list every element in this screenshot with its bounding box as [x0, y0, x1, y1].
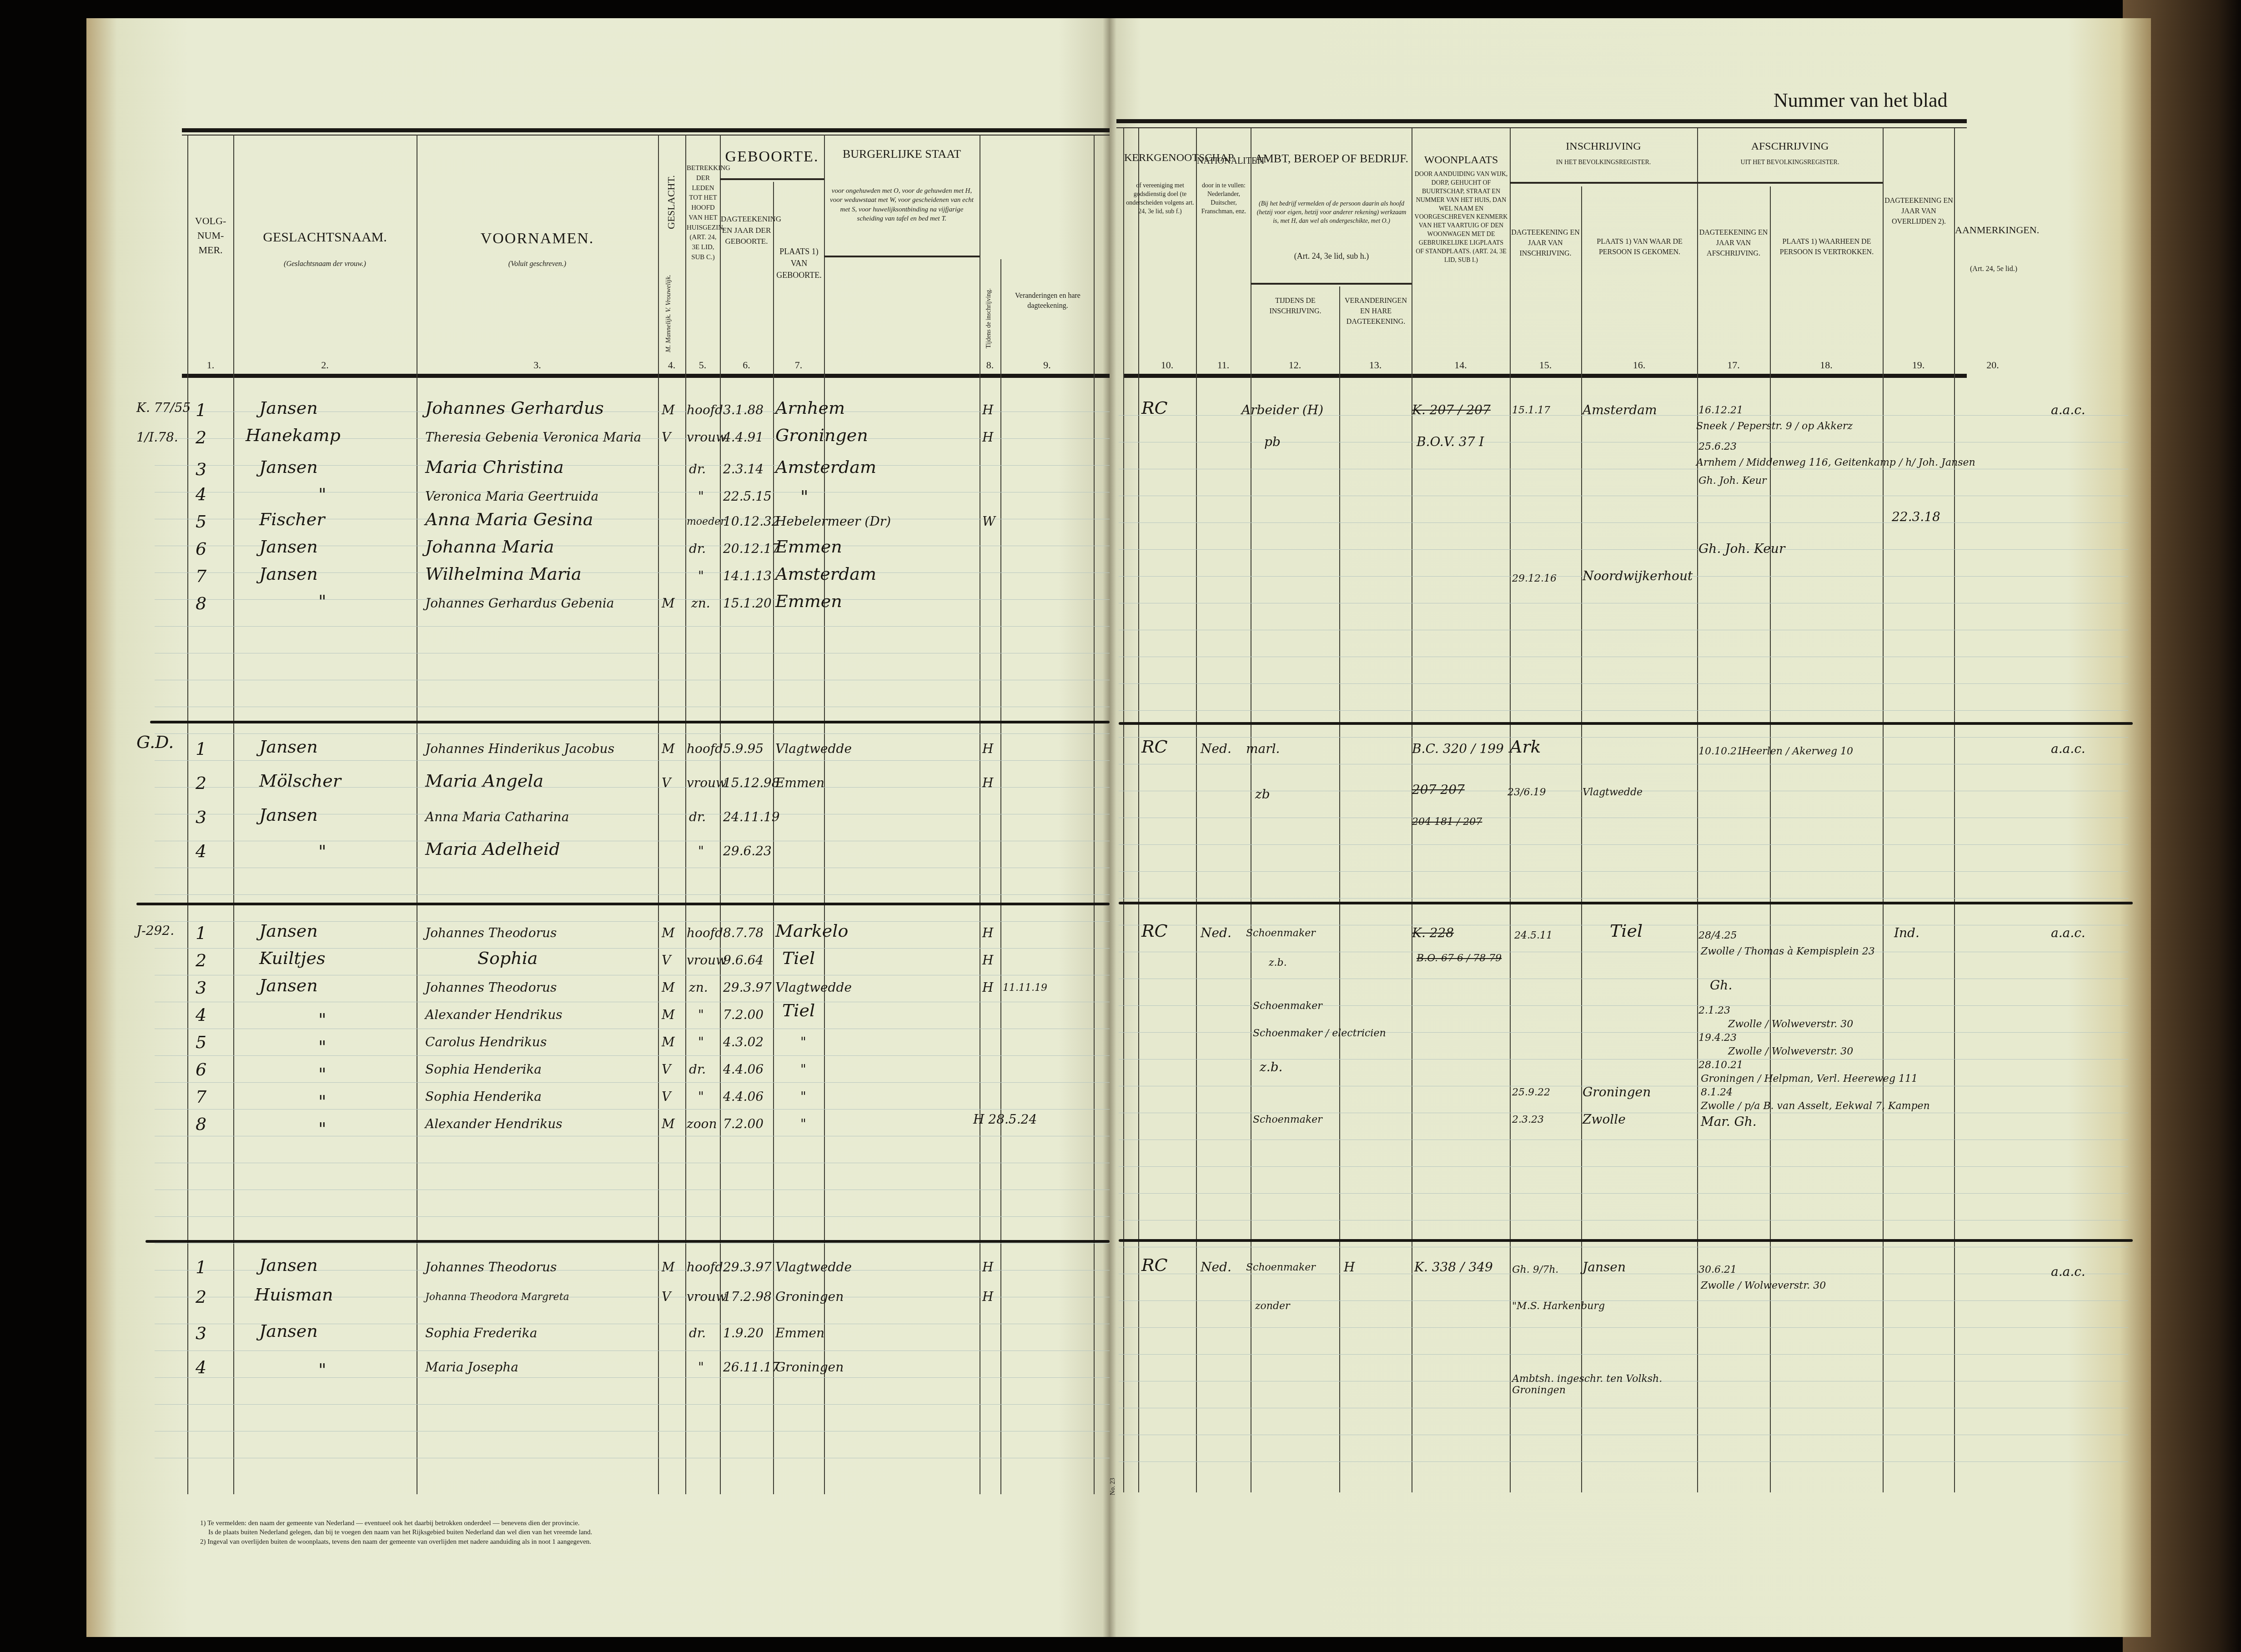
col-line — [1883, 128, 1884, 1492]
row-deregistration-date: 19.4.23 — [1698, 1032, 1737, 1044]
row-given-names: Johannes Gerhardus Gebenia — [425, 596, 614, 611]
row-civil-status: H — [982, 775, 993, 790]
row-civil-status: H — [982, 1260, 993, 1275]
row-birth-place: Tiel — [782, 948, 815, 968]
header-aanmerkingen: Aanmerkingen. — [1955, 223, 2032, 237]
row-destination: Zwolle / Wolweverstr. 30 — [1728, 1019, 1853, 1030]
row-surname: " — [318, 1091, 326, 1111]
row-relation: vrouw — [687, 953, 727, 968]
row-civil-status: H — [982, 925, 993, 940]
ruled-line — [1119, 710, 2128, 711]
row-address: B.C. 320 / 199 — [1412, 741, 1504, 756]
row-birth-date: 20.12.17 — [723, 541, 780, 556]
ruled-line — [1119, 1140, 2128, 1140]
row-occupation: Arbeider (H) — [1241, 402, 1323, 417]
row-surname: " — [318, 841, 326, 861]
row-relation: moeder — [687, 516, 725, 527]
row-birth-date: 17.2.98 — [723, 1289, 772, 1304]
row-from-place: Noordwijkerhout — [1583, 568, 1693, 583]
row-deregistration-date: 10.10.21 — [1698, 746, 1743, 757]
row-sex: M — [662, 1116, 675, 1131]
colnum-8: 8. — [980, 359, 1000, 371]
row-birth-place: " — [800, 1089, 806, 1104]
ruled-line — [155, 1029, 1110, 1029]
row-sex: M — [662, 1007, 675, 1022]
header-inschrijving-group: Inschrijving — [1510, 139, 1697, 155]
row-deregistration-date: 28.10.21 — [1698, 1059, 1743, 1071]
row-religion: RC — [1141, 1255, 1168, 1275]
header-geslachtsnaam-sub: (Geslachtsnaam der vrouw.) — [233, 259, 417, 269]
row-surname: Jansen — [259, 975, 318, 995]
ruled-line — [1119, 1193, 2128, 1194]
row-birth-date: 15.1.20 — [723, 596, 772, 611]
row-sex: M — [662, 1260, 675, 1275]
ruled-line — [155, 1082, 1110, 1083]
row-destination: Zwolle / Wolweverstr. 30 — [1701, 1280, 1826, 1291]
row-surname: Mölscher — [259, 771, 341, 791]
household-separator — [146, 1240, 1110, 1243]
row-birth-place: Vlagtwedde — [775, 1260, 852, 1275]
header-geboorte-group: Geboorte. — [720, 146, 824, 168]
row-given-names: Alexander Hendrikus — [425, 1116, 563, 1131]
row-relation: " — [698, 844, 704, 859]
row-birth-place: Tiel — [782, 1000, 815, 1020]
row-registration-date: 15.1.17 — [1512, 405, 1550, 416]
row-birth-date: 3.1.88 — [723, 402, 764, 417]
colnum-14: 14. — [1412, 359, 1510, 371]
row-nr: 3 — [196, 1323, 206, 1343]
header-tijdens-inschrijving: Tijdens de inschrijving. — [985, 282, 994, 355]
header-voornamen-sub: (Voluit geschreven.) — [417, 259, 658, 269]
header-betrekking: Betrekking der leden tot het hoofd van h… — [687, 164, 719, 263]
row-nr: 4 — [196, 841, 206, 861]
ruled-line — [1119, 496, 2128, 496]
row-given-names: Sophia Frederika — [425, 1326, 537, 1341]
row-surname: Huisman — [255, 1285, 333, 1305]
row-nr: 7 — [196, 1087, 206, 1107]
header-top-rule-right — [1116, 119, 1967, 123]
ruled-line — [155, 1163, 1110, 1163]
row-birth-date: 2.3.14 — [723, 462, 764, 477]
row-birth-place: Emmen — [775, 591, 842, 611]
ruled-line — [1119, 1327, 2128, 1328]
household-separator — [1119, 722, 2133, 725]
household-3-margin-ref: J-292. — [136, 923, 174, 938]
row-sex: M — [662, 1034, 675, 1049]
row-birth-place: Vlagtwedde — [775, 980, 852, 995]
row-sex: M — [662, 925, 675, 940]
row-birth-date: 29.3.97 — [723, 980, 772, 995]
row-remarks: a.a.c. — [2051, 402, 2085, 417]
ruled-line — [1119, 522, 2128, 523]
row-birth-date: 4.3.02 — [723, 1034, 764, 1049]
row-birth-date: 9.6.64 — [723, 953, 764, 968]
row-birth-date: 29.6.23 — [723, 844, 772, 859]
row-religion: RC — [1141, 921, 1168, 941]
ruled-line — [155, 1377, 1110, 1378]
row-relation: vrouw — [687, 1289, 727, 1304]
ruled-line — [155, 1458, 1110, 1458]
inschrijving-subrule — [1510, 182, 1697, 184]
row-destination: Heerlen / Akerweg 10 — [1742, 746, 1853, 757]
colnum-4: 4. — [658, 359, 685, 371]
row-surname: Kuiltjes — [259, 948, 325, 968]
ruled-line — [1119, 469, 2128, 469]
row-birth-place: Hebelermeer (Dr) — [775, 514, 891, 529]
row-deregistration-date: 25.6.23 — [1698, 441, 1737, 452]
ruled-line — [1119, 871, 2128, 872]
colnum-16: 16. — [1581, 359, 1697, 371]
row-destination: Zwolle / p/a B. van Asselt, Eekwal 7, Ka… — [1701, 1100, 1930, 1112]
row-nr: 1 — [196, 923, 206, 943]
household-1-margin-ref: K. 77/55 — [136, 400, 191, 415]
ruled-line — [1119, 764, 2128, 764]
colnum-2: 2. — [233, 359, 417, 371]
header-bottom-rule-left — [182, 374, 1110, 378]
row-nr: 2 — [196, 950, 206, 970]
row-sex: M — [662, 402, 675, 417]
header-ambt-note: (Bij het bedrijf vermelden of de persoon… — [1255, 200, 1408, 226]
colnum-13: 13. — [1339, 359, 1412, 371]
row-birth-date: 4.4.91 — [723, 430, 764, 445]
row-sex: V — [662, 430, 671, 445]
row-relation: dr. — [689, 462, 706, 477]
row-relation: zoon — [687, 1116, 717, 1131]
row-nr: 3 — [196, 978, 206, 998]
colnum-12: 12. — [1251, 359, 1339, 371]
row-relation: zn. — [691, 596, 710, 611]
ruled-line — [155, 1109, 1110, 1110]
ruled-line — [1119, 737, 2128, 738]
row-registration-date: 23/6.19 — [1507, 787, 1546, 798]
ruled-line — [1119, 1408, 2128, 1408]
book-gutter — [1103, 18, 1116, 1637]
colnum-3: 3. — [417, 359, 658, 371]
header-ambt-veranderingen: Veranderingen en hare dagteekening. — [1340, 296, 1412, 327]
row-civil-change: H 28.5.24 — [973, 1112, 1037, 1127]
ruled-line — [1119, 844, 2128, 845]
row-deregistration-date: 8.1.24 — [1701, 1087, 1733, 1098]
row-nr: 7 — [196, 566, 206, 586]
row-given-names: Maria Christina — [425, 457, 564, 477]
row-birth-place: " — [800, 1062, 806, 1077]
row-birth-date: 4.4.06 — [723, 1089, 764, 1104]
row-relation: " — [698, 1034, 704, 1049]
row-birth-date: 22.5.15 — [723, 489, 772, 504]
header-woonplaats-sub: door aanduiding van wijk, dorp, gehucht … — [1414, 171, 1508, 265]
ruled-line — [1119, 1435, 2128, 1435]
afschrijving-subrule — [1697, 182, 1883, 184]
row-address: K. 207 / 207 — [1412, 402, 1491, 417]
row-given-names: Sophia — [477, 948, 538, 968]
row-sex: V — [662, 953, 671, 968]
row-relation: zn. — [689, 980, 708, 995]
header-geboorte-plaats: Plaats 1) van geboorte. — [774, 246, 824, 281]
row-from-place: Jansen — [1583, 1260, 1626, 1275]
ruled-line — [1119, 898, 2128, 899]
row-given-names: Anna Maria Gesina — [425, 509, 593, 529]
ruled-line — [1119, 952, 2128, 952]
footnote-1-continued: Is de plaats buiten Nederland gelegen, d… — [200, 1528, 592, 1537]
footnotes: 1) Te vermelden: den naam der gemeente v… — [200, 1519, 592, 1547]
row-given-names: Sophia Henderika — [425, 1062, 542, 1077]
household-separator — [136, 903, 1110, 905]
row-destination: Mar. Gh. — [1701, 1114, 1757, 1129]
row-destination: Zwolle / Wolweverstr. 30 — [1728, 1046, 1853, 1057]
colnum-10: 10. — [1138, 359, 1196, 371]
row-remarks: a.a.c. — [2051, 925, 2085, 940]
row-given-names: Johanna Theodora Margreta — [425, 1291, 569, 1303]
row-birth-date: 1.9.20 — [723, 1326, 764, 1341]
row-relation: dr. — [689, 809, 706, 824]
row-death-date: 22.3.18 — [1892, 509, 1940, 524]
row-birth-date: 7.2.00 — [723, 1007, 764, 1022]
colnum-7: 7. — [773, 359, 824, 371]
ruled-line — [155, 1404, 1110, 1405]
row-religion: RC — [1141, 737, 1168, 757]
row-civil-status: H — [982, 741, 993, 756]
row-relation: hoofd — [687, 741, 723, 756]
ruled-line — [155, 680, 1110, 680]
ruled-line — [155, 492, 1110, 492]
row-birth-place: Emmen — [775, 537, 842, 557]
col-line — [1412, 128, 1412, 1492]
row-address: K. 228 — [1412, 925, 1454, 940]
colnum-9: 9. — [1000, 359, 1094, 371]
row-sex: M — [662, 741, 675, 756]
row-surname: Jansen — [259, 457, 318, 477]
household-2-margin-ref: G.D. — [136, 732, 174, 752]
header-ambt-tijdens: Tijdens de inschrijving. — [1251, 296, 1339, 316]
row-relation: " — [698, 1360, 704, 1375]
row-birth-date: 8.7.78 — [723, 925, 764, 940]
row-surname: Jansen — [259, 1255, 318, 1275]
col-line — [187, 135, 188, 1494]
row-relation: hoofd — [687, 1260, 723, 1275]
header-inschrijving-plaats: Plaats 1) van waar de persoon is gekomen… — [1582, 236, 1697, 257]
colnum-5: 5. — [685, 359, 720, 371]
row-given-names: Veronica Maria Geertruida — [425, 489, 598, 504]
row-remarks: a.a.c. — [2051, 1264, 2085, 1279]
household-separator — [150, 721, 1110, 723]
header-volgnummer: Volg-num-mer. — [188, 214, 233, 257]
row-civil-status: H — [982, 402, 993, 417]
row-civil-status: W — [982, 514, 995, 529]
row-nr: 1 — [196, 1257, 206, 1277]
row-from-place: Zwolle — [1583, 1112, 1626, 1127]
row-relation: dr. — [689, 1062, 706, 1077]
ruled-line — [155, 707, 1110, 707]
row-birth-place: Arnhem — [775, 398, 845, 418]
row-birth-date: 4.4.06 — [723, 1062, 764, 1077]
row-nationality: Ned. — [1201, 741, 1231, 756]
row-given-names: Wilhelmina Maria — [425, 564, 582, 584]
row-given-names: Johannes Theodorus — [425, 980, 557, 995]
row-remarks: a.a.c. — [2051, 741, 2085, 756]
geboorte-subrule — [720, 178, 824, 180]
row-surname: " — [318, 1064, 326, 1084]
ruled-line — [155, 1002, 1110, 1002]
header-woonplaats: Woonplaats — [1412, 152, 1510, 168]
row-birth-place: Groningen — [775, 1289, 844, 1304]
row-destination: Gh. Joh. Keur — [1698, 541, 1785, 556]
header-kerkgenootschap-sub: of vereeniging met godsdienstig doel (te… — [1125, 182, 1195, 216]
row-occupation: Schoenmaker — [1246, 1262, 1316, 1273]
ruled-line — [1119, 630, 2128, 630]
col-line — [417, 135, 417, 1494]
ruled-line — [1119, 979, 2128, 979]
ruled-line — [1119, 683, 2128, 684]
row-given-names: Johannes Theodorus — [425, 1260, 557, 1275]
row-birth-date: 15.12.98 — [723, 775, 780, 790]
header-ambt-art: (Art. 24, 3e lid, sub h.) — [1251, 250, 1412, 262]
row-destination: Arnhem / Middenweg 116, Geitenkamp / h/ … — [1696, 457, 1975, 468]
ruled-line — [155, 868, 1110, 868]
row-from-place: Groningen — [1583, 1085, 1651, 1100]
ruled-line — [1119, 1166, 2128, 1167]
header-burgerlijke-staat: Burgerlijke Staat — [824, 146, 980, 163]
row-relation: " — [698, 489, 704, 504]
row-surname: Jansen — [259, 398, 318, 418]
row-birth-place: Vlagtwedde — [775, 741, 852, 756]
row-sex: V — [662, 1289, 671, 1304]
ruled-line — [155, 1351, 1110, 1351]
row-relation: " — [698, 1089, 704, 1104]
row-given-names: Maria Angela — [425, 771, 543, 791]
row-from-place: Tiel — [1610, 921, 1643, 941]
row-nr: 6 — [196, 539, 206, 559]
header-afschrijving-group: Afschrijving — [1697, 139, 1883, 155]
row-occupation: zonder — [1255, 1301, 1290, 1312]
row-relation: hoofd — [687, 402, 723, 417]
row-occupation-change: H — [1344, 1260, 1355, 1275]
row-relation: vrouw — [687, 775, 727, 790]
sheet-number-label: Nummer van het blad — [1774, 89, 1947, 112]
row-surname: " — [318, 484, 326, 504]
row-nr: 4 — [196, 1357, 206, 1377]
row-occupation: zb — [1255, 787, 1270, 802]
col-line — [1251, 128, 1251, 1492]
row-occupation: z.b. — [1260, 1059, 1282, 1075]
row-civil-status: H — [982, 430, 993, 445]
row-birth-place: " — [800, 1116, 806, 1131]
col-line — [1123, 128, 1124, 1492]
row-given-names: Maria Adelheid — [425, 839, 560, 859]
ruled-line — [155, 1136, 1110, 1136]
row-given-names: Alexander Hendrikus — [425, 1007, 563, 1022]
header-aanmerkingen-sub: (Art. 24, 5e lid.) — [1955, 264, 2032, 274]
row-death-date: Ind. — [1894, 925, 1919, 940]
row-civil-status: H — [982, 1289, 993, 1304]
row-nr: 8 — [196, 1114, 206, 1134]
header-top-rule-left — [182, 128, 1110, 132]
col-line — [1770, 186, 1771, 1492]
row-birth-place: " — [800, 487, 808, 507]
row-surname: Jansen — [259, 737, 318, 757]
row-given-names: Johannes Gerhardus — [425, 398, 604, 418]
col-line — [1000, 259, 1001, 1494]
row-sex: M — [662, 596, 675, 611]
ruled-line — [155, 1190, 1110, 1190]
col-line — [1581, 186, 1582, 1492]
row-nr: 5 — [196, 1032, 206, 1052]
row-nr: 6 — [196, 1059, 206, 1080]
row-given-names: Sophia Henderika — [425, 1089, 542, 1104]
header-burgerlijke-note: voor ongehuwden met O, voor de gehuwden … — [827, 186, 977, 223]
colnum-19: 19. — [1883, 359, 1954, 371]
col-line — [773, 182, 774, 1494]
row-birth-date: 10.12.32 — [723, 514, 780, 529]
ruled-line — [1119, 1220, 2128, 1220]
colnum-15: 15. — [1510, 359, 1581, 371]
row-nr: 1 — [196, 400, 206, 420]
ruled-line — [1119, 603, 2128, 603]
col-line — [1339, 286, 1340, 1492]
row-sex: M — [662, 980, 675, 995]
header-geslacht: Geslacht. — [664, 150, 678, 255]
colnum-20: 20. — [1954, 359, 2031, 371]
row-from-place: "M.S. Harkenburg — [1512, 1301, 1605, 1312]
row-from-place: Amsterdam — [1583, 402, 1657, 417]
row-deregistration-date: 2.1.23 — [1698, 1005, 1730, 1016]
ruled-line — [155, 841, 1110, 841]
col-line — [1094, 135, 1095, 1494]
ruled-line — [1119, 1247, 2128, 1247]
ruled-line — [155, 1055, 1110, 1056]
row-registration-date: 24.5.11 — [1514, 930, 1553, 941]
row-surname: Jansen — [259, 1321, 318, 1341]
row-birth-place: " — [800, 1034, 806, 1049]
burgerlijke-subrule — [824, 256, 980, 257]
row-relation: dr. — [689, 1326, 706, 1341]
row-birth-place: Markelo — [775, 921, 848, 941]
row-registration-date: 29.12.16 — [1512, 573, 1557, 584]
ruled-line — [155, 653, 1110, 653]
header-nationaliteit-sub: door in te vullen: Nederlander, Duitsche… — [1197, 182, 1251, 216]
colnum-1: 1. — [188, 359, 233, 371]
row-address: K. 338 / 349 — [1414, 1260, 1493, 1275]
col-line — [1697, 128, 1698, 1492]
row-given-names: Maria Josepha — [425, 1360, 518, 1375]
row-occupation: Schoenmaker — [1253, 1000, 1322, 1012]
row-from-place: Vlagtwedde — [1583, 787, 1643, 798]
row-sex: V — [662, 775, 671, 790]
header-bottom-rule-right — [1123, 374, 1967, 378]
header-top-rule-left-thin — [182, 135, 1110, 136]
row-destination: Sneek / Peperstr. 9 / op Akkerz — [1696, 421, 1853, 432]
row-destination: Gh. Joh. Keur — [1698, 475, 1767, 487]
row-address: 207 207 — [1412, 782, 1465, 797]
household-separator — [1119, 1239, 2133, 1242]
row-nationality: Ned. — [1201, 925, 1231, 940]
row-surname: Fischer — [259, 509, 325, 529]
ruled-line — [155, 1243, 1110, 1244]
row-relation: vrouw — [687, 430, 727, 445]
row-relation: dr. — [689, 541, 706, 556]
row-surname: Jansen — [259, 921, 318, 941]
header-geboorte-datum: Dagteekening en jaar der geboorte. — [721, 214, 772, 247]
row-address: 204 181 / 207 — [1412, 816, 1482, 828]
row-religion: RC — [1141, 398, 1168, 418]
row-birth-place: Amsterdam — [775, 457, 876, 477]
row-from-place: Ambtsh. ingeschr. ten Volksh. Groningen — [1512, 1373, 1694, 1396]
row-registration-date: Gh. 9/7h. — [1512, 1264, 1558, 1275]
row-occupation: z.b. — [1269, 957, 1287, 969]
row-birth-date: 7.2.00 — [723, 1116, 764, 1131]
footnote-2: 2) Ingeval van overlijden buiten de woon… — [200, 1537, 592, 1547]
header-nationaliteit: Nationaliteit — [1197, 155, 1251, 168]
row-relation: hoofd — [687, 925, 723, 940]
